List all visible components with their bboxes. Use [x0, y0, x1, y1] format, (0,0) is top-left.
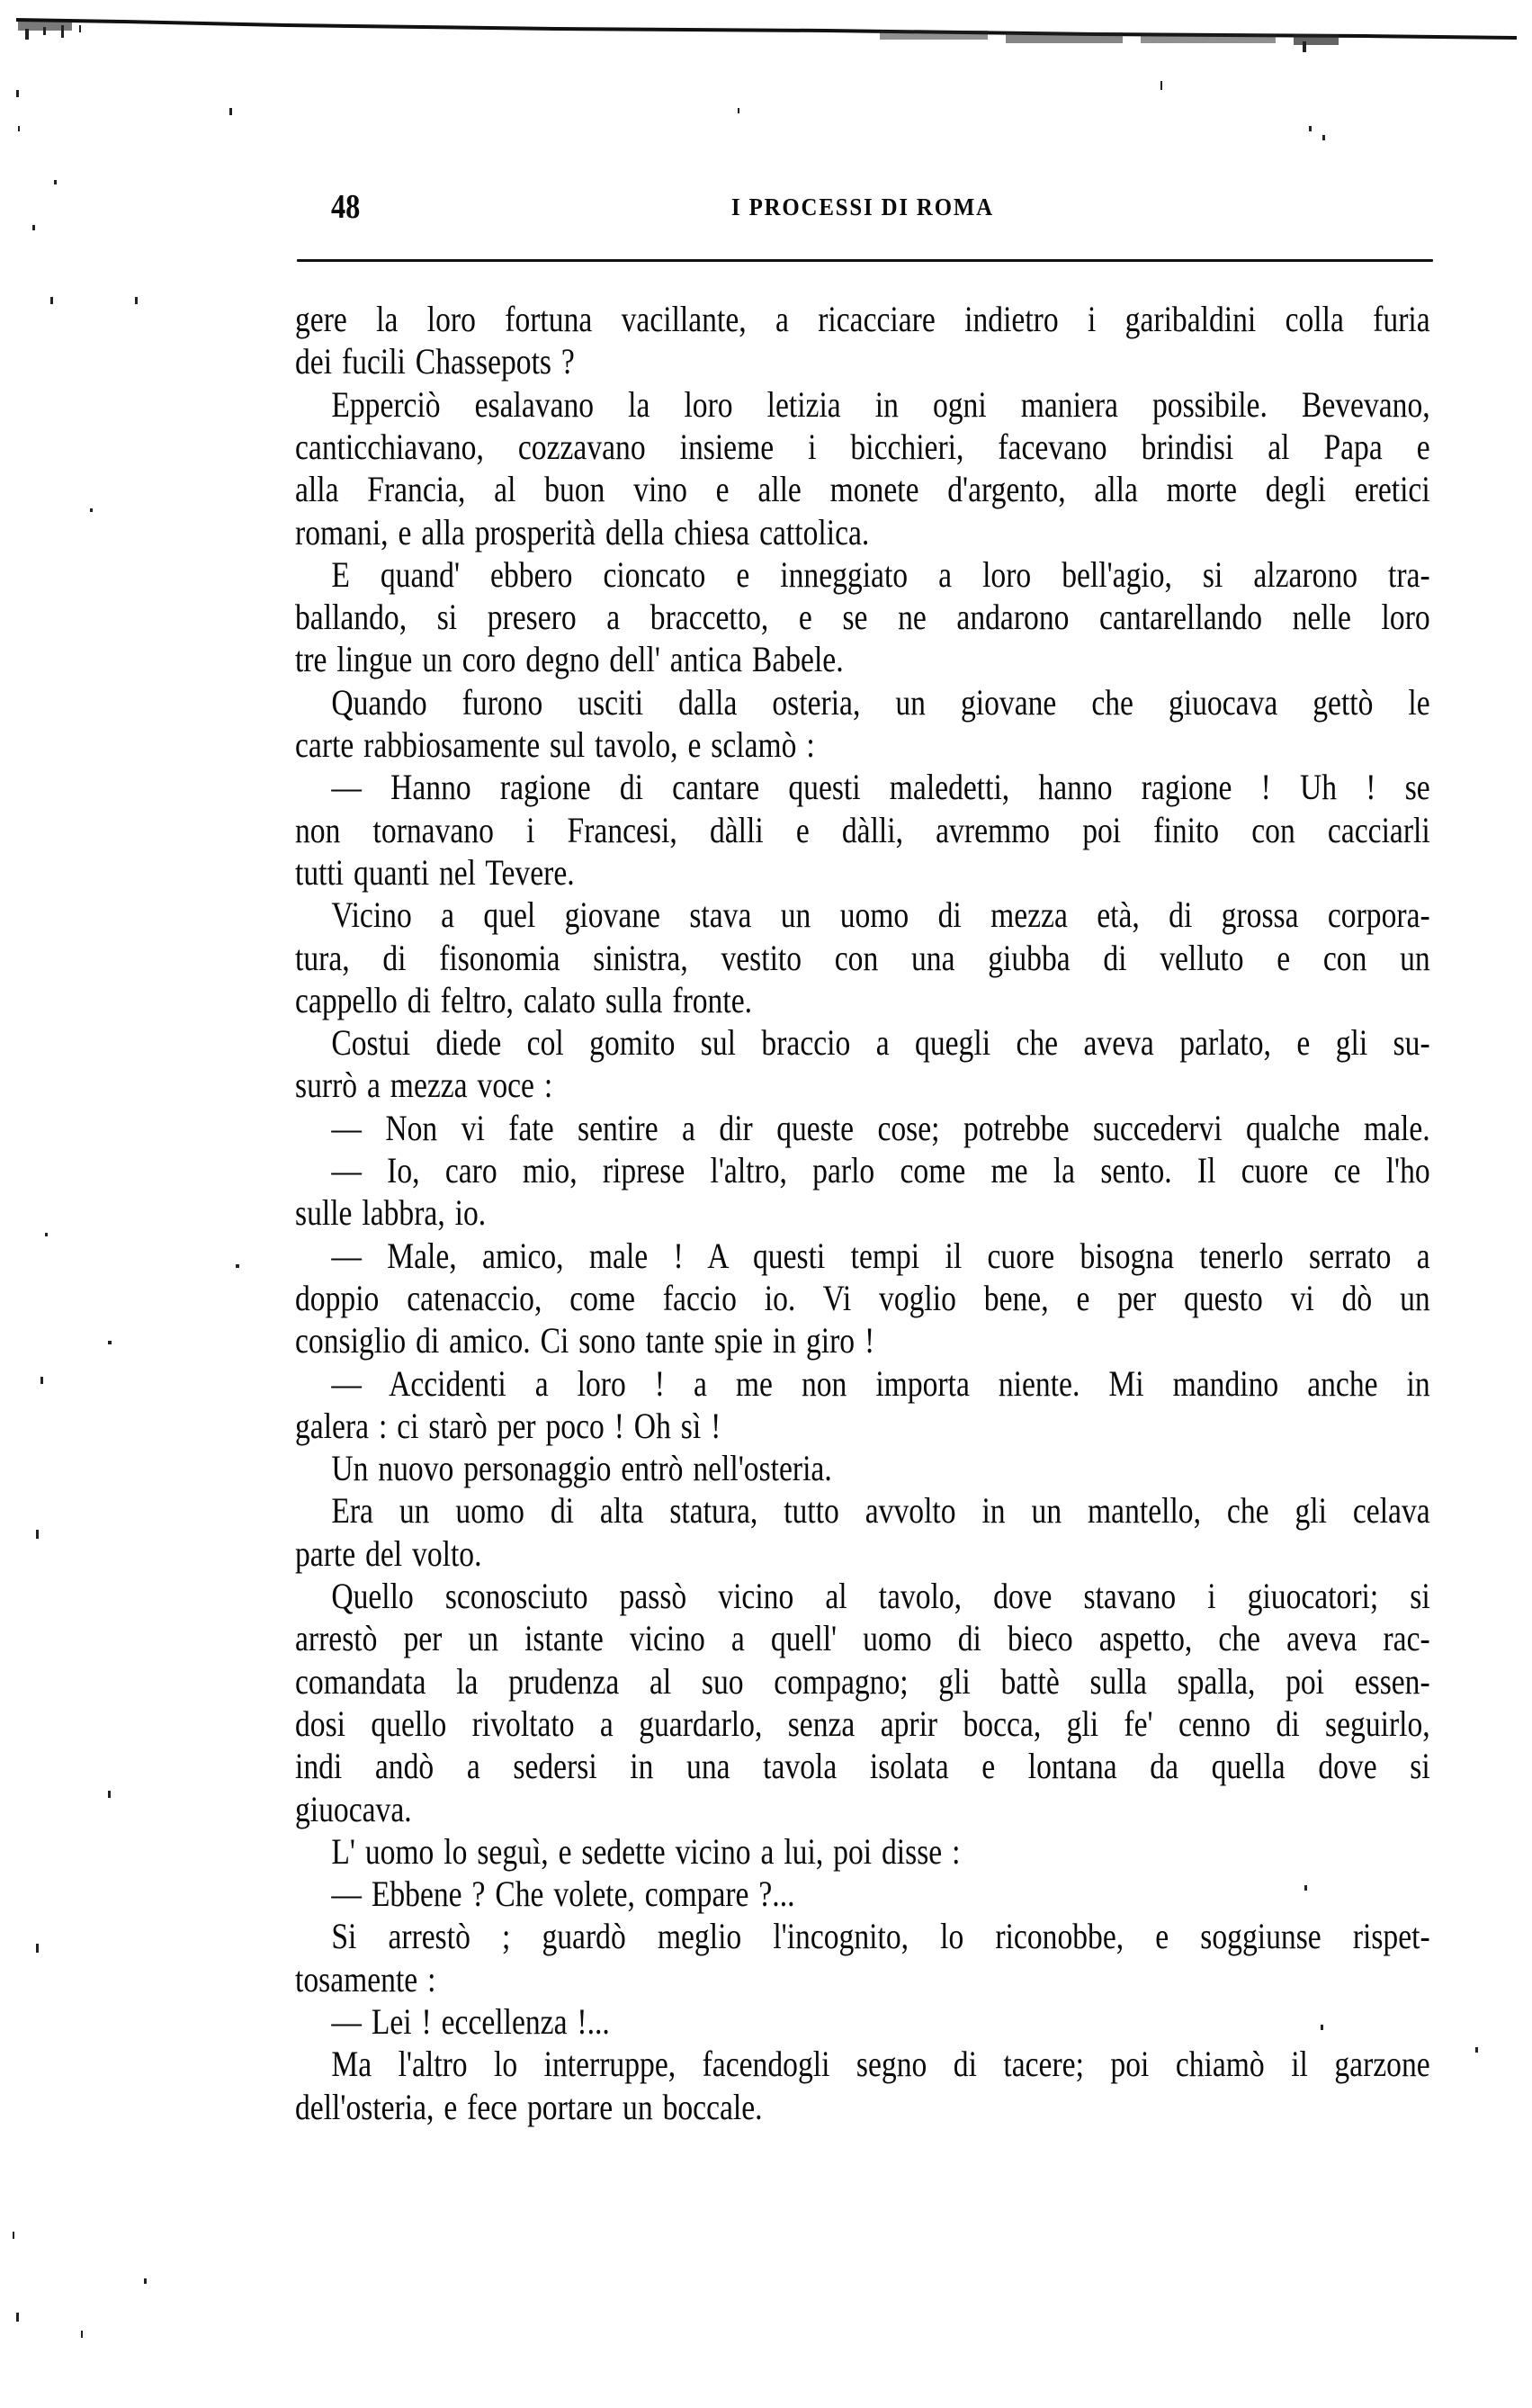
text-line: Si arrestò ; guardò meglio l'incognito, …: [295, 1916, 1430, 1957]
text-line: Ma l'altro lo interruppe, facendogli seg…: [295, 2044, 1430, 2085]
text-line: — Male, amico, male ! A questi tempi il …: [295, 1235, 1430, 1277]
text-line: sulle labbra, io.: [295, 1192, 1430, 1234]
text-line: non tornavano i Francesi, dàlli e dàlli,…: [295, 810, 1430, 851]
text-line: — Accidenti a loro ! a me non importa ni…: [295, 1363, 1430, 1405]
text-line: tosamente :: [295, 1959, 1430, 2000]
text-line: — Lei ! eccellenza !...: [295, 2001, 1430, 2043]
text-line: dell'osteria, e fece portare un boccale.: [295, 2087, 1430, 2128]
text-line: Quando furono usciti dalla osteria, un g…: [295, 682, 1430, 723]
text-line: surrò a mezza voce :: [295, 1065, 1430, 1106]
text-line: — Ebbene ? Che volete, compare ?...: [295, 1873, 1430, 1915]
text-line: doppio catenaccio, come faccio io. Vi vo…: [295, 1278, 1430, 1319]
text-line: Un nuovo personaggio entrò nell'osteria.: [295, 1448, 1430, 1489]
text-line: tre lingue un coro degno dell' antica Ba…: [295, 639, 1430, 680]
text-line: ballando, si presero a braccetto, e se n…: [295, 597, 1430, 638]
running-title: I PROCESSI DI ROMA: [340, 184, 1384, 229]
text-line: cappello di feltro, calato sulla fronte.: [295, 980, 1430, 1021]
text-line: dei fucili Chassepots ?: [295, 341, 1430, 382]
text-line: indi andò a sedersi in una tavola isolat…: [295, 1746, 1430, 1787]
text-line: romani, e alla prosperità della chiesa c…: [295, 512, 1430, 553]
text-line: Era un uomo di alta statura, tutto avvol…: [295, 1490, 1430, 1532]
text-line: giuocava.: [295, 1789, 1430, 1830]
text-line: tura, di fisonomia sinistra, vestito con…: [295, 938, 1430, 979]
text-line: dosi quello rivoltato a guardarlo, senza…: [295, 1703, 1430, 1745]
text-line: canticchiavano, cozzavano insieme i bicc…: [295, 427, 1430, 468]
text-line: comandata la prudenza al suo compagno; g…: [295, 1661, 1430, 1703]
header-rule: [297, 259, 1433, 262]
text-line: Costui diede col gomito sul braccio a qu…: [295, 1022, 1430, 1064]
text-line: Quello sconosciuto passò vicino al tavol…: [295, 1576, 1430, 1617]
text-line: carte rabbiosamente sul tavolo, e sclamò…: [295, 724, 1430, 766]
text-line: tutti quanti nel Tevere.: [295, 852, 1430, 894]
text-line: galera : ci starò per poco ! Oh sì !: [295, 1406, 1430, 1447]
text-line: consiglio di amico. Ci sono tante spie i…: [295, 1320, 1430, 1361]
book-page: 48 I PROCESSI DI ROMA gere la loro fortu…: [0, 0, 1532, 2408]
text-line: alla Francia, al buon vino e alle monete…: [295, 469, 1430, 510]
text-line: — Non vi fate sentire a dir queste cose;…: [295, 1108, 1430, 1149]
text-line: — Hanno ragione di cantare questi malede…: [295, 767, 1430, 808]
text-line: — Io, caro mio, riprese l'altro, parlo c…: [295, 1150, 1430, 1191]
text-line: arrestò per un istante vicino a quell' u…: [295, 1618, 1430, 1659]
page-header: 48 I PROCESSI DI ROMA: [295, 184, 1430, 229]
text-line: Vicino a quel giovane stava un uomo di m…: [295, 894, 1430, 936]
scan-edge-shadow: [16, 16, 1517, 52]
text-line: Epperciò esalavano la loro letizia in og…: [295, 384, 1430, 426]
text-line: parte del volto.: [295, 1533, 1430, 1575]
text-line: E quand' ebbero cioncato e inneggiato a …: [295, 554, 1430, 596]
text-line: L' uomo lo seguì, e sedette vicino a lui…: [295, 1831, 1430, 1873]
text-line: gere la loro fortuna vacillante, a ricac…: [295, 299, 1430, 340]
